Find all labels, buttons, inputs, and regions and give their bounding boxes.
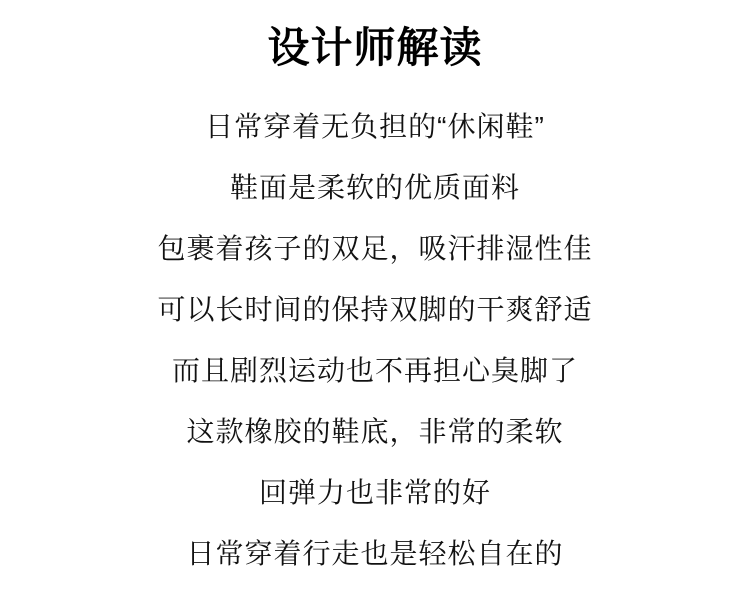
- description-line-6: 这款橡胶的鞋底，非常的柔软: [186, 401, 563, 462]
- description-line-2: 鞋面是柔软的优质面料: [230, 157, 520, 218]
- description-line-7: 回弹力也非常的好: [259, 462, 491, 523]
- description-line-5: 而且剧烈运动也不再担心臭脚了: [172, 340, 578, 401]
- description-line-3: 包裹着孩子的双足，吸汗排湿性佳: [157, 218, 592, 279]
- description-line-8: 日常穿着行走也是轻松自在的: [186, 523, 563, 584]
- description-line-4: 可以长时间的保持双脚的干爽舒适: [157, 279, 592, 340]
- page-title: 设计师解读: [267, 22, 482, 74]
- description-line-1: 日常穿着无负担的“休闲鞋”: [205, 96, 545, 157]
- product-description-panel: 设计师解读 日常穿着无负担的“休闲鞋” 鞋面是柔软的优质面料 包裹着孩子的双足，…: [0, 0, 750, 590]
- description-lines: 日常穿着无负担的“休闲鞋” 鞋面是柔软的优质面料 包裹着孩子的双足，吸汗排湿性佳…: [157, 96, 592, 584]
